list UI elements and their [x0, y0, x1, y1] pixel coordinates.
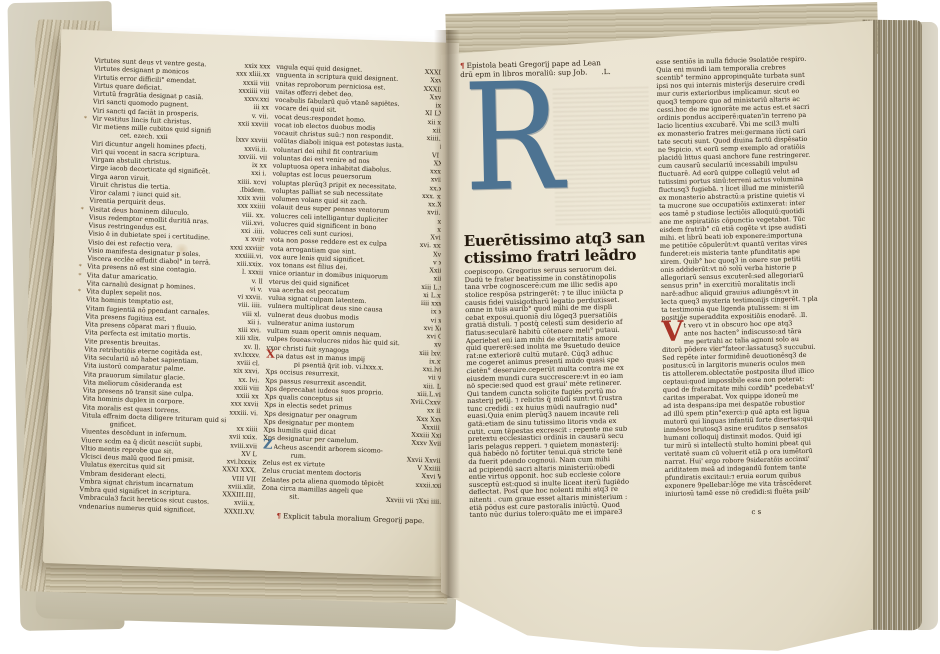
- quire-signature: c s: [665, 507, 825, 518]
- lombard-initial-Z: Z: [263, 442, 273, 451]
- epistola-text-block-a: esse sentiōs in nulla fiducie 9solatiōe …: [656, 55, 821, 322]
- entry-reference: XXXII.XV.: [221, 507, 255, 516]
- illuminated-initial-block: R: [460, 79, 653, 233]
- index-column-1: Virtutes sunt deus vt ventre gesta.xxix …: [79, 56, 271, 516]
- epistola-column: ¶Epistola beati Gregorij pape ad Lean dr…: [460, 58, 660, 520]
- margin-mark: ∗: [78, 262, 82, 270]
- right-page-content: ¶Epistola beati Gregorij pape ad Lean dr…: [451, 10, 876, 638]
- entry-text: sit.: [289, 492, 299, 501]
- epistola-column-2: esse sentiōs in nulla fiducie 9solatiōe …: [656, 55, 826, 518]
- heading-book-ref: .L.: [601, 67, 611, 76]
- incipit-line-2: ctissimo fratri leãdro: [464, 246, 654, 266]
- block-b-lines: t vero vt in obscuro hoc ope atq3ante no…: [661, 319, 825, 498]
- entry-reference: [255, 417, 258, 425]
- index-column-2: vngula equi quid designet.XXXI. XX.vngue…: [261, 63, 456, 506]
- margin-mark: ∗: [80, 204, 84, 212]
- margin-mark: ∗: [77, 287, 81, 295]
- explicit-text: Explicit tabula moralium Gregorij pape.: [283, 512, 425, 525]
- epistola-text-block-b: V t vero vt in obscuro hoc ope atq3ante …: [661, 319, 825, 518]
- right-page: ¶Epistola beati Gregorij pape ad Lean dr…: [441, 14, 873, 652]
- book-gutter-shadow: [434, 30, 460, 598]
- left-page-content: Virtutes sunt deus vt ventre gesta.xxix …: [43, 29, 459, 577]
- rubric-paraph-mark: ¶: [276, 511, 281, 520]
- explicit-line: ¶Explicit tabula moralium Gregorij pape.: [276, 511, 424, 525]
- margin-mark: ∗: [83, 114, 87, 122]
- page-showthrough: [553, 85, 652, 225]
- illuminated-initial-R: R: [462, 59, 565, 218]
- margin-mark: ∗: [261, 236, 265, 244]
- entry-reference: Xxviii vii ⁊Xxi iiii.: [383, 496, 442, 506]
- entry-reference: [265, 128, 268, 136]
- rubric-initial-V: V: [661, 320, 683, 344]
- photo-of-incunable-book: { "colors":{"page_cream":"#eae3d1","ink"…: [0, 0, 940, 654]
- epistola-body-text: coepiscopo. Gregorius seruus seruorum de…: [464, 265, 659, 520]
- lombard-initial-X: X: [266, 351, 275, 360]
- margin-mark: ∗: [261, 244, 265, 252]
- margin-mark: ∗: [78, 270, 82, 278]
- left-page: Virtutes sunt deus vt ventre gesta.xxix …: [43, 29, 459, 577]
